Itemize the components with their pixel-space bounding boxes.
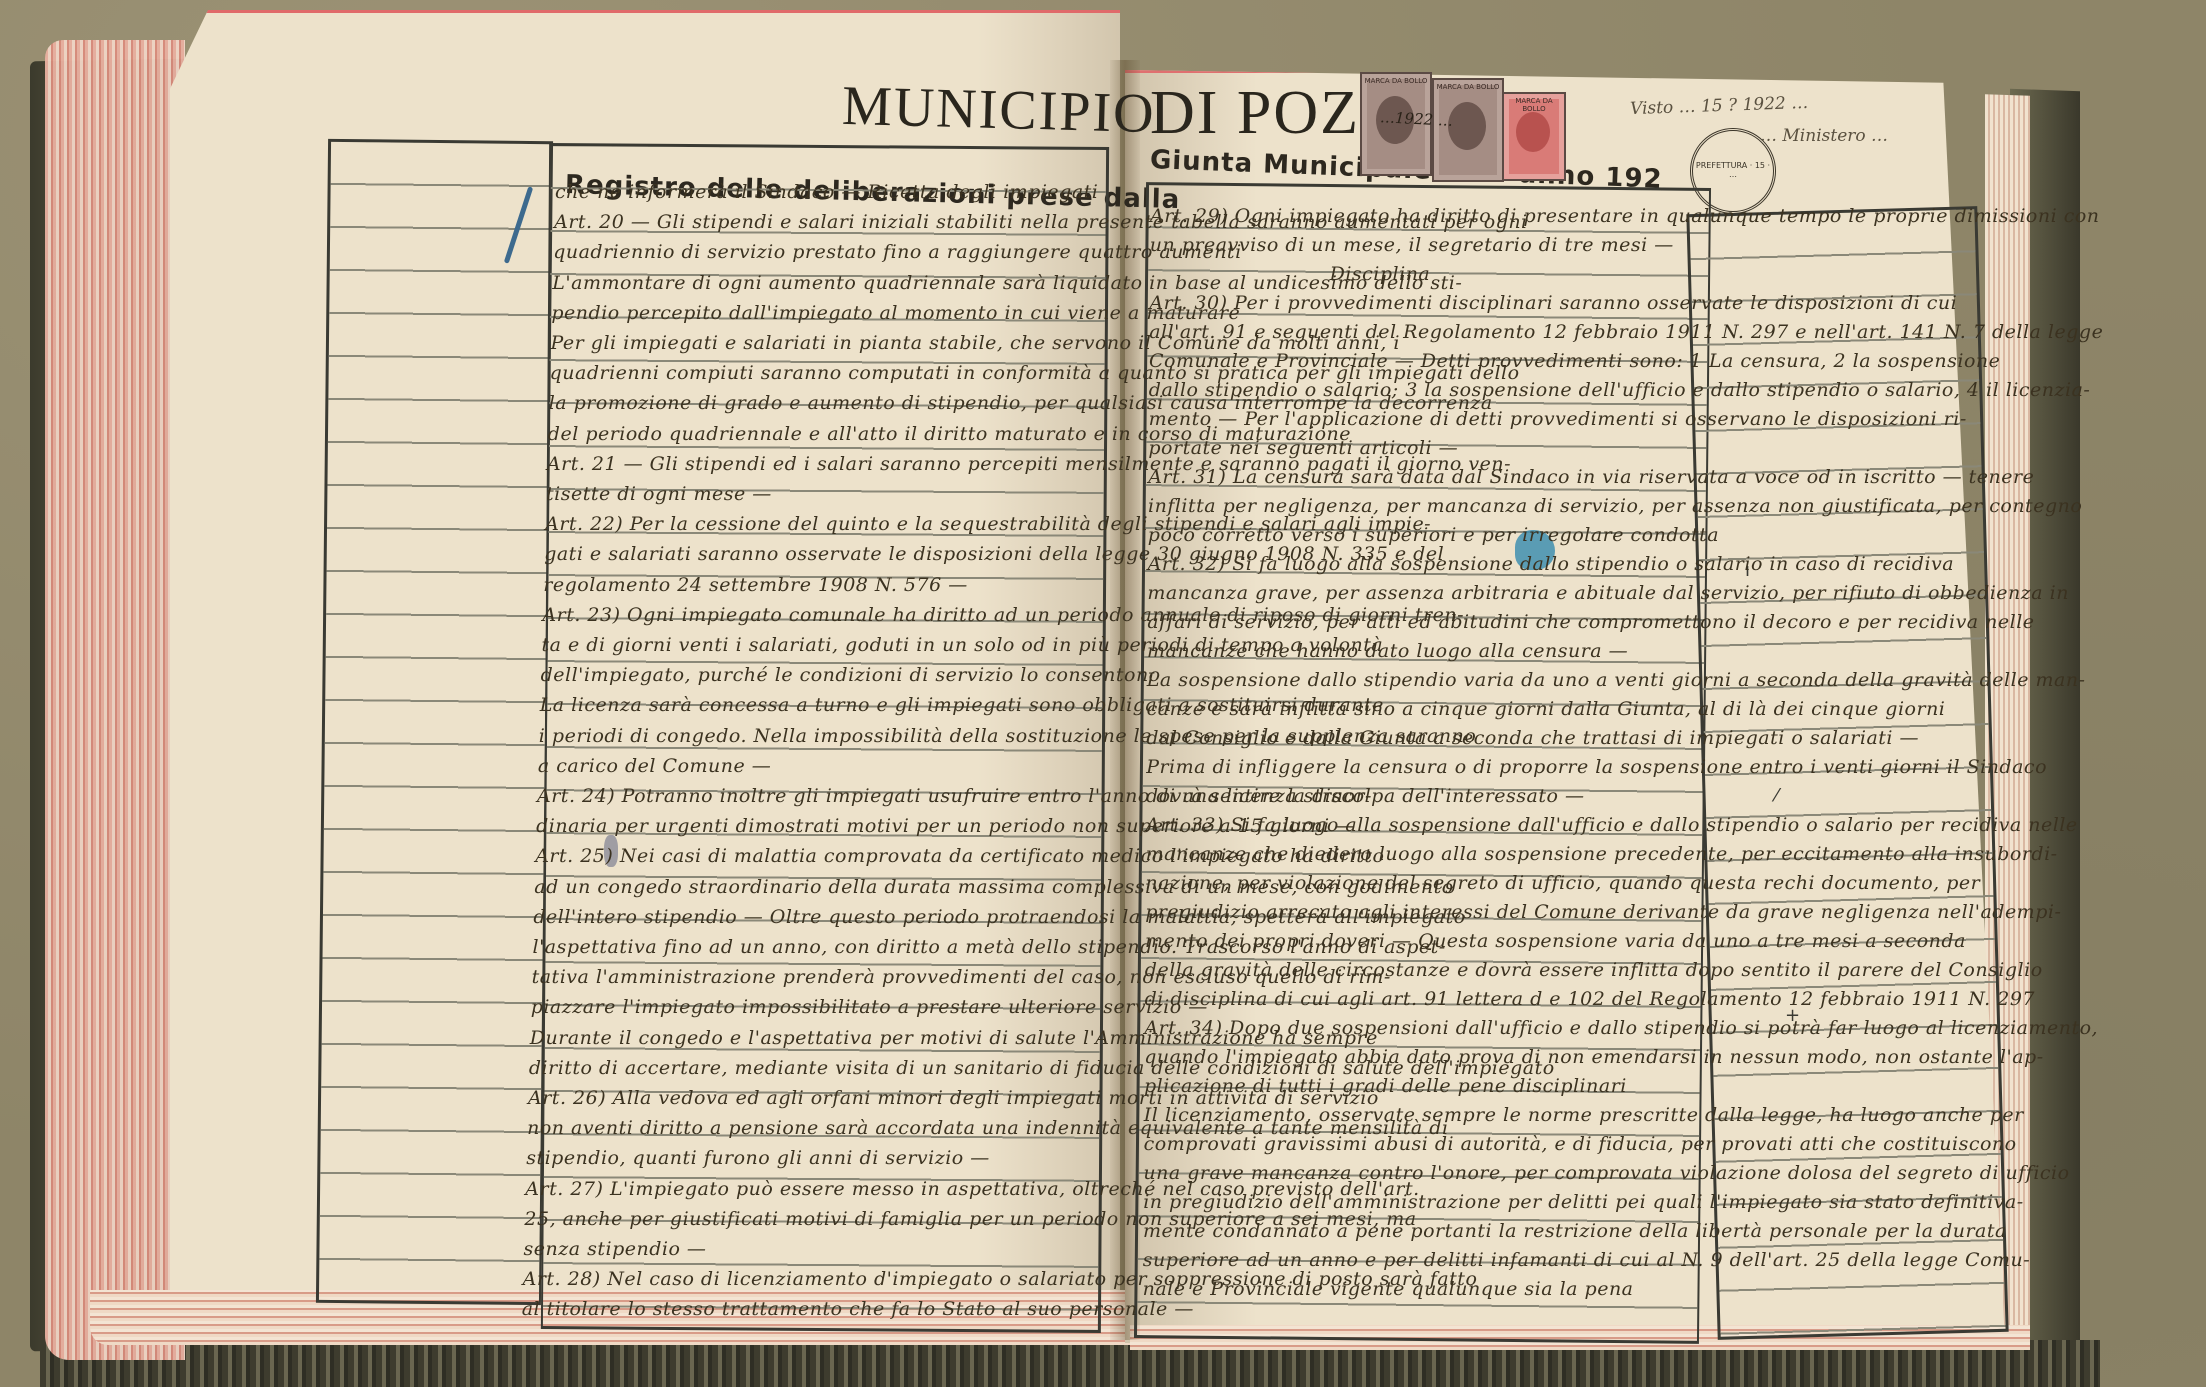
handwritten-line: nale e Provinciale vigente qualunque sia… <box>1143 1269 1688 1309</box>
open-register-book: MUNICIPIO Registro delle deliberazioni p… <box>0 0 2206 1387</box>
right-handwritten-text: Art. 29) Ogni impiegato ha diritto di pr… <box>0 0 2206 1387</box>
